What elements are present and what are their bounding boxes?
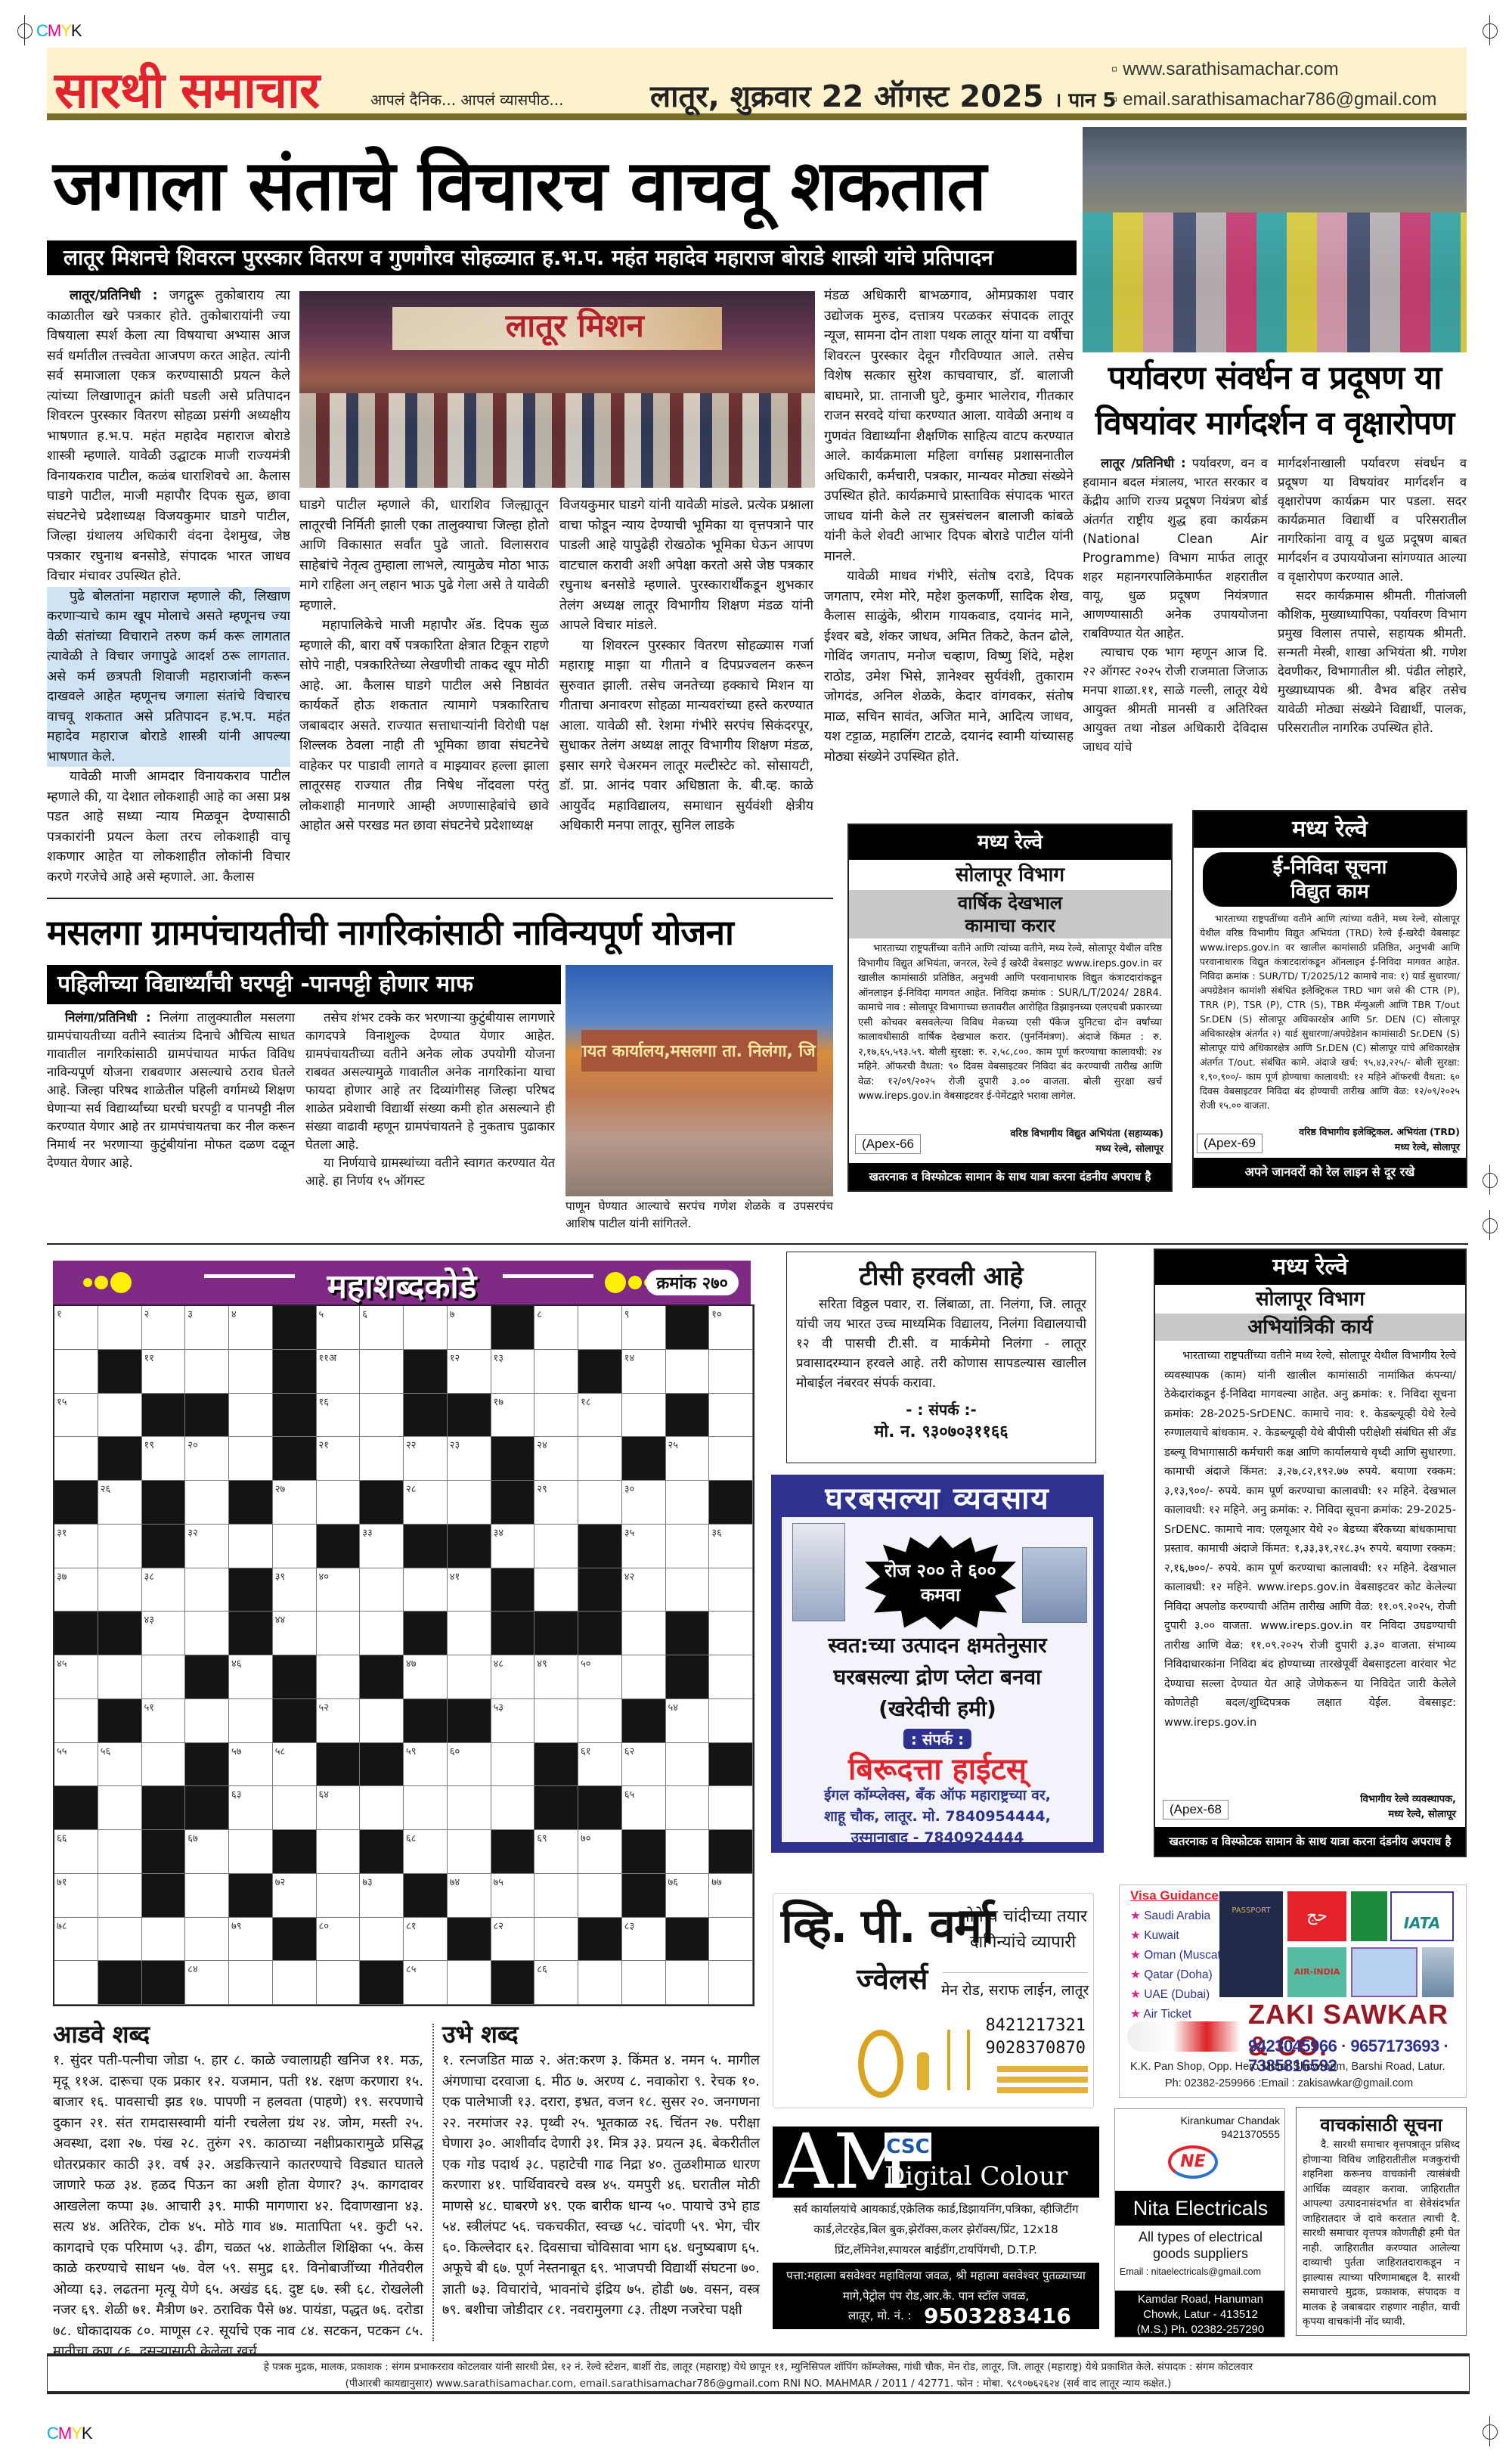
crossword-cell[interactable]: ७१ — [54, 1874, 98, 1918]
crossword-cell[interactable] — [54, 1961, 98, 2005]
crossword-cell[interactable]: ९ — [622, 1306, 666, 1350]
crossword-cell[interactable]: ८५ — [404, 1961, 448, 2005]
jeweller-ad: व्हि. पी. वर्मा ज्वेलर्स सोने व चांदीच्य… — [773, 1893, 1094, 2108]
crossword-cell[interactable] — [98, 1874, 142, 1918]
crossword-block — [229, 1568, 273, 1612]
paragraph: जगद्गुरू तुकोबाराय त्या काळातील खरे पत्र… — [47, 288, 290, 584]
crossword-cell[interactable]: ७७ — [709, 1874, 753, 1918]
crossword-cell[interactable] — [54, 1699, 98, 1743]
signatory: वरिष्ठ विभागीय विद्युत अभियंता (सहाय्यक)… — [1010, 1127, 1163, 1157]
crossword-cell[interactable] — [360, 1786, 404, 1830]
crossword-cell[interactable] — [185, 1699, 229, 1743]
across-heading: आडवे शब्द — [53, 2018, 423, 2050]
crossword-cell[interactable]: ४६ — [229, 1655, 273, 1699]
crossword-cell[interactable]: ८६ — [534, 1961, 578, 2005]
notice-title: वाचकांसाठी सूचना — [1303, 2112, 1460, 2138]
crossword-cell[interactable] — [578, 1481, 622, 1525]
crossword-cell[interactable]: ४५ — [54, 1655, 98, 1699]
crossword-block — [578, 1612, 622, 1655]
earring-image — [917, 2052, 929, 2090]
crossword-cell[interactable] — [229, 1525, 273, 1568]
crossword-cell[interactable]: ७३ — [360, 1874, 404, 1918]
crossword-cell[interactable]: ७ — [448, 1306, 491, 1350]
crossword-cell[interactable]: २५ — [666, 1437, 710, 1481]
clue-number: १३ — [494, 1351, 504, 1364]
ad-org: मध्य रेल्वे — [1194, 811, 1466, 848]
crossword-cell[interactable] — [666, 1568, 710, 1612]
website-link[interactable]: www.sarathisamachar.com — [1111, 54, 1436, 85]
print-imprint-footer: हे पत्रक मुद्रक, मालक, प्रकाशक : संगम प्… — [47, 2353, 1470, 2394]
clue-number: ४५ — [57, 1656, 67, 1670]
clue-number: २९ — [537, 1481, 547, 1495]
crossword-cell[interactable]: २६ — [98, 1481, 142, 1525]
crossword-cell[interactable]: ६८ — [404, 1830, 448, 1874]
crossword-cell[interactable]: १२ — [448, 1350, 491, 1394]
signatory-line: मध्य रेल्वे, सोलापूर — [1360, 1807, 1456, 1823]
crossword-cell[interactable]: ६७ — [185, 1830, 229, 1874]
crossword-cell[interactable]: ५३ — [491, 1699, 535, 1743]
chain-image — [997, 2066, 1088, 2096]
crossword-cell[interactable] — [229, 1437, 273, 1481]
crossword-cell[interactable]: ७६ — [666, 1874, 710, 1918]
crossword-cell[interactable] — [448, 1786, 491, 1830]
crossword-cell[interactable]: ३१ — [54, 1525, 98, 1568]
crossword-cell[interactable]: १ — [54, 1306, 98, 1350]
clue-number: ३४ — [494, 1525, 504, 1539]
bangle-image — [858, 2030, 903, 2098]
business-address: Kamdar Road, HanumanChowk, Latur - 41351… — [1115, 2291, 1285, 2337]
ad-line: (खरेदीची हमी) — [782, 1694, 1093, 1723]
crossword-cell[interactable]: ५५ — [54, 1743, 98, 1787]
clue-number: ५७ — [231, 1744, 242, 1757]
email-link[interactable]: email.sarathisamachar786@gmail.com — [1111, 85, 1436, 115]
clue-number: ६० — [450, 1744, 460, 1757]
env-col-1: लातूर /प्रतिनिधी : पर्यावरण, वन व हवामान… — [1083, 454, 1268, 794]
crossword-cell[interactable]: ७८ — [54, 1918, 98, 1962]
crossword-cell[interactable]: ४२ — [622, 1568, 666, 1612]
masalga-headline: मसलगा ग्रामपंचायतीची नागरिकांसाठी नाविन्… — [47, 907, 733, 957]
paragraph: त्याचाच एक भाग म्हणून आज दि. २२ ऑगस्ट २०… — [1083, 645, 1268, 754]
crossword-cell[interactable]: ७५ — [491, 1874, 535, 1918]
column-divider — [432, 2024, 434, 2341]
crossword-cell[interactable] — [185, 1874, 229, 1918]
notice-title: टीसी हरवली आहे — [796, 1258, 1086, 1295]
crossword-cell[interactable]: ४८ — [491, 1655, 535, 1699]
crossword-cell[interactable]: ५२ — [317, 1699, 361, 1743]
contact-label: - : संपर्क :- — [796, 1399, 1086, 1419]
lead-col-4: मंडळ अधिकारी बाभळगाव, ओमप्रकाश पवार उद्य… — [824, 286, 1074, 808]
crossword-cell[interactable] — [98, 1525, 142, 1568]
apex-ref: (Apex-69 — [1197, 1134, 1263, 1153]
paragraph: या निर्णयाचे ग्रामस्थांच्या वतीने स्वागत… — [305, 1156, 555, 1188]
crossword-cell[interactable] — [142, 1655, 186, 1699]
crossword-cell[interactable] — [185, 1481, 229, 1525]
paragraph: मंडळ अधिकारी बाभळगाव, ओमप्रकाश पवार उद्य… — [824, 288, 1074, 564]
crossword-block — [98, 1612, 142, 1655]
crossword-cell[interactable] — [98, 1918, 142, 1962]
crossword-cell[interactable]: ६५ — [622, 1786, 666, 1830]
crossword-block — [229, 1874, 273, 1918]
crossword-cell[interactable] — [491, 1743, 535, 1787]
ad-title: वार्षिक देखभालकामाचा करार — [849, 890, 1171, 938]
crossword-cell[interactable]: १५ — [54, 1394, 98, 1438]
clue-number: ४८ — [494, 1656, 504, 1670]
crossword-block — [273, 1306, 317, 1350]
section-divider — [47, 898, 833, 899]
crossword-cell[interactable]: ४० — [317, 1568, 361, 1612]
cmyk-color-bar: CMYK — [47, 2424, 92, 2443]
crossword-cell[interactable]: ८१ — [404, 1918, 448, 1962]
crossword-cell[interactable]: ४४ — [273, 1612, 317, 1655]
crossword-cell[interactable] — [185, 1918, 229, 1962]
crossword-cell[interactable] — [578, 1699, 622, 1743]
lead-headline: जगाला संताचे विचारच वाचवू शकतात — [53, 141, 986, 231]
crossword-cell[interactable]: ४ — [229, 1306, 273, 1350]
necklace-image — [947, 2030, 970, 2090]
crossword-cell[interactable]: ७० — [578, 1830, 622, 1874]
crossword-block — [317, 1525, 361, 1568]
down-clues: उभे शब्द १. रत्नजडित माळ २. अंत:करण ३. क… — [442, 2018, 760, 2321]
crossword-cell[interactable] — [360, 1568, 404, 1612]
crossword-cell[interactable] — [448, 1655, 491, 1699]
crossword-cell[interactable]: ११अ — [317, 1350, 361, 1394]
clue-number: ३७ — [57, 1569, 67, 1583]
crossword-cell[interactable] — [578, 1437, 622, 1481]
crossword-cell[interactable] — [54, 1350, 98, 1394]
dateline: लातूर /प्रतिनिधी : — [1101, 456, 1186, 470]
crossword-cell[interactable] — [534, 1568, 578, 1612]
crossword-cell[interactable]: १४ — [622, 1350, 666, 1394]
crossword-cell[interactable] — [622, 1612, 666, 1655]
clue-number: ५० — [581, 1656, 591, 1670]
crossword-cell[interactable]: ३७ — [54, 1568, 98, 1612]
clue-number: २ — [144, 1307, 150, 1320]
crossword-cell[interactable] — [317, 1481, 361, 1525]
clue-number: ७६ — [668, 1875, 679, 1888]
crossword-block — [54, 1612, 98, 1655]
star-icon: ★ — [1130, 1949, 1144, 1962]
crossword-cell[interactable] — [98, 1568, 142, 1612]
crossword-cell[interactable] — [534, 1918, 578, 1962]
ad-title: घरबसल्या व्यवसाय — [771, 1476, 1104, 1518]
crossword-cell[interactable] — [448, 1612, 491, 1655]
crossword-cell[interactable]: ८० — [317, 1918, 361, 1962]
crossword-cell[interactable] — [709, 1918, 753, 1962]
jeweller-phones: 84212173219028370870 — [986, 2015, 1086, 2060]
crossword-block — [448, 1394, 491, 1438]
crossword-cell[interactable] — [709, 1786, 753, 1830]
clue-number: २० — [187, 1438, 198, 1451]
clue-number: ६१ — [581, 1744, 591, 1757]
clue-number: १९ — [144, 1438, 155, 1451]
crossword-cell[interactable]: ४७ — [404, 1655, 448, 1699]
crossword-cell[interactable]: २० — [185, 1437, 229, 1481]
crossword-cell[interactable] — [317, 1655, 361, 1699]
crossword-cell[interactable] — [578, 1874, 622, 1918]
business-name: Nita Electricals — [1115, 2191, 1285, 2226]
address-line: ईगल कॉम्प्लेक्स, बँक ऑफ महाराष्ट्रच्या व… — [782, 1785, 1093, 1806]
crossword-number-badge: क्रमांक २७० — [646, 1270, 739, 1295]
crossword-cell[interactable]: ३९ — [273, 1568, 317, 1612]
clue-number: ५५ — [57, 1744, 67, 1757]
crossword-cell[interactable] — [273, 1525, 317, 1568]
crossword-cell[interactable] — [98, 1306, 142, 1350]
crossword-grid[interactable]: १२३४५६७८९१०११११अ१२१३१४१५१६१७१८१९२०२१२२२३… — [53, 1304, 754, 2006]
crossword-cell[interactable] — [142, 1743, 186, 1787]
crossword-cell[interactable] — [404, 1568, 448, 1612]
crossword-cell[interactable] — [229, 1350, 273, 1394]
crossword-cell[interactable] — [709, 1394, 753, 1438]
clue-number: ७१ — [57, 1875, 67, 1888]
crossword-cell[interactable]: १८ — [578, 1394, 622, 1438]
visa-countries: ★ Saudi Arabia★ Kuwait★ Oman (Muscat)★ Q… — [1130, 1906, 1225, 2024]
crossword-cell[interactable]: ३४ — [491, 1525, 535, 1568]
crossword-cell[interactable]: ५९ — [404, 1743, 448, 1787]
crossword-cell[interactable]: २२ — [404, 1437, 448, 1481]
crossword-cell[interactable] — [142, 1918, 186, 1962]
crossword-cell[interactable]: ३० — [622, 1481, 666, 1525]
crossword-cell[interactable] — [54, 1437, 98, 1481]
crossword-cell[interactable] — [491, 1786, 535, 1830]
crossword-cell[interactable] — [666, 1481, 710, 1525]
crossword-cell[interactable] — [360, 1394, 404, 1438]
page-number: । पान 5 — [1055, 89, 1117, 112]
crossword-block — [666, 1394, 710, 1438]
crossword-block — [98, 1350, 142, 1394]
crossword-cell[interactable] — [534, 1350, 578, 1394]
crossword-cell[interactable]: ३८ — [142, 1568, 186, 1612]
crossword-cell[interactable] — [709, 1699, 753, 1743]
crossword-cell[interactable]: ५० — [578, 1655, 622, 1699]
crossword-cell[interactable] — [534, 1394, 578, 1438]
imprint-line: (पीआरबी कायद्यानुसार) www.sarathisamacha… — [48, 2375, 1469, 2392]
crossword-block — [404, 1394, 448, 1438]
tagline: आपलं दैनिक... आपलं व्यासपीठ... — [370, 89, 564, 110]
clue-number: ३३ — [362, 1525, 373, 1539]
crossword-cell[interactable]: ६४ — [317, 1786, 361, 1830]
crossword-block — [448, 1699, 491, 1743]
crossword-cell[interactable]: ८४ — [185, 1961, 229, 2005]
crossword-cell[interactable] — [666, 1961, 710, 2005]
crossword-cell[interactable]: ७२ — [273, 1874, 317, 1918]
crossword-cell[interactable] — [317, 1874, 361, 1918]
hajj-umrah-tile: حج وعمرہ — [1287, 1891, 1346, 1941]
paragraph: यावेळी माधव गंभीरे, संतोष दराडे, दिपक जग… — [824, 569, 1074, 765]
crossword-block — [185, 1743, 229, 1787]
clue-number: ३६ — [711, 1525, 722, 1539]
visa-country-item: ★ Oman (Muscat) — [1130, 1946, 1225, 1965]
xerox-city: लातूर, मो. नं. : — [848, 2308, 912, 2323]
crossword-cell[interactable]: ६९ — [534, 1830, 578, 1874]
crossword-cell[interactable] — [622, 1961, 666, 2005]
crossword-block — [622, 1874, 666, 1918]
crossword-cell[interactable] — [185, 1350, 229, 1394]
crossword-cell[interactable] — [709, 1655, 753, 1699]
crossword-cell[interactable]: ३५ — [622, 1525, 666, 1568]
crossword-cell[interactable]: ११ — [142, 1350, 186, 1394]
crossword-cell[interactable] — [709, 1612, 753, 1655]
crossword-cell[interactable]: १६ — [317, 1394, 361, 1438]
crossword-cell[interactable]: २४ — [534, 1437, 578, 1481]
business-address: ईगल कॉम्प्लेक्स, बँक ऑफ महाराष्ट्रच्या व… — [782, 1785, 1093, 1853]
crossword-block — [273, 1918, 317, 1962]
crossword-cell[interactable] — [666, 1786, 710, 1830]
newspaper-logo: सारथी समाचार — [54, 54, 319, 123]
crossword-cell[interactable] — [360, 1437, 404, 1481]
clue-number: ८३ — [624, 1919, 635, 1932]
crossword-block — [229, 1612, 273, 1655]
crossword-block — [185, 1786, 229, 1830]
crossword-cell[interactable] — [185, 1568, 229, 1612]
address-line: Kamdar Road, Hanuman — [1115, 2292, 1285, 2307]
crossword-cell[interactable] — [578, 1306, 622, 1350]
crossword-cell[interactable]: २१ — [317, 1437, 361, 1481]
crossword-cell[interactable] — [448, 1830, 491, 1874]
crossword-cell[interactable]: २७ — [273, 1481, 317, 1525]
crossword-cell[interactable] — [229, 1394, 273, 1438]
crossword-cell[interactable] — [448, 1481, 491, 1525]
crossword-block — [709, 1830, 753, 1874]
crossword-cell[interactable] — [98, 1655, 142, 1699]
clue-number: ६७ — [187, 1831, 198, 1844]
home-business-ad: घरबसल्या व्यवसाय रोज २०० ते ६०० कमवा स्व… — [771, 1475, 1104, 1853]
crossword-cell[interactable]: १७ — [491, 1394, 535, 1438]
paragraph: तसेच शंभर टक्के कर भरणाऱ्या कुटुंबीयास ल… — [305, 1010, 555, 1152]
crossword-cell[interactable] — [448, 1961, 491, 2005]
crossword-cell[interactable]: ८ — [534, 1306, 578, 1350]
crossword-cell[interactable] — [709, 1961, 753, 2005]
crossword-cell[interactable]: ५७ — [229, 1743, 273, 1787]
ad-body: भारताच्या राष्ट्रपतींच्या वतीने आणि त्या… — [1194, 911, 1466, 1121]
crossword-block — [142, 1525, 186, 1568]
crossword-cell[interactable] — [709, 1437, 753, 1481]
crossword-cell[interactable]: ४३ — [142, 1612, 186, 1655]
crossword-cell[interactable] — [534, 1699, 578, 1743]
crossword-cell[interactable]: ६ — [360, 1306, 404, 1350]
crossword-cell[interactable]: ४९ — [534, 1655, 578, 1699]
crossword-cell[interactable] — [229, 1699, 273, 1743]
crossword-cell[interactable] — [404, 1306, 448, 1350]
crossword-cell[interactable]: ३ — [185, 1306, 229, 1350]
crossword-cell[interactable]: ५ — [317, 1306, 361, 1350]
crossword-cell[interactable]: ५६ — [98, 1743, 142, 1787]
crossword-block — [404, 1525, 448, 1568]
crossword-block — [578, 1918, 622, 1962]
crossword-cell[interactable]: ६० — [448, 1743, 491, 1787]
crossword-cell[interactable] — [185, 1612, 229, 1655]
crossword-cell[interactable] — [534, 1874, 578, 1918]
crossword-cell[interactable] — [317, 1961, 361, 2005]
crossword-cell[interactable] — [229, 1961, 273, 2005]
crossword-cell[interactable]: ८३ — [622, 1918, 666, 1962]
crossword-cell[interactable] — [317, 1830, 361, 1874]
crossword-cell[interactable] — [404, 1786, 448, 1830]
digital-xerox-ad: AM CSC Digital Colour Xerox सर्व कार्याल… — [773, 2127, 1099, 2329]
crossword-cell[interactable] — [229, 1830, 273, 1874]
crossword-cell[interactable] — [709, 1568, 753, 1612]
crossword-block — [666, 1655, 710, 1699]
crossword-cell[interactable]: ६३ — [229, 1786, 273, 1830]
crossword-cell[interactable]: ३६ — [709, 1525, 753, 1568]
section-divider — [47, 1243, 1468, 1245]
crossword-cell[interactable]: १० — [709, 1306, 753, 1350]
crossword-cell[interactable] — [273, 1786, 317, 1830]
crossword-cell[interactable]: ५४ — [666, 1699, 710, 1743]
crossword-cell[interactable]: ५१ — [142, 1699, 186, 1743]
crossword-cell[interactable] — [273, 1961, 317, 2005]
crossword-cell[interactable]: ३३ — [360, 1525, 404, 1568]
crossword-cell[interactable] — [666, 1830, 710, 1874]
registration-mark-icon — [1480, 1210, 1500, 1240]
crossword-cell[interactable] — [666, 1525, 710, 1568]
crossword-cell[interactable]: १९ — [142, 1437, 186, 1481]
crossword-cell[interactable]: २९ — [534, 1481, 578, 1525]
ad-footer-warning: खतरनाक व विस्फोटक सामान के साथ यात्रा कर… — [1155, 1827, 1465, 1856]
crossword-cell[interactable] — [709, 1350, 753, 1394]
crossword-cell[interactable]: २३ — [448, 1437, 491, 1481]
signatory-line: वरिष्ठ विभागीय विद्युत अभियंता (सहाय्यक) — [1010, 1127, 1163, 1142]
crossword-cell[interactable] — [317, 1612, 361, 1655]
title-line: ई-निविदा सूचना — [1203, 855, 1457, 879]
crossword-cell[interactable] — [534, 1525, 578, 1568]
xerox-address: पत्ता:महात्मा बसवेश्वर महाविलया जवळ, श्र… — [773, 2266, 1099, 2306]
clue-number: ६६ — [57, 1831, 67, 1844]
crossword-cell[interactable]: ६२ — [622, 1743, 666, 1787]
crossword-block — [534, 1743, 578, 1787]
crossword-cell[interactable] — [360, 1699, 404, 1743]
crossword-cell[interactable] — [360, 1350, 404, 1394]
crossword-cell[interactable] — [360, 1612, 404, 1655]
crossword-cell[interactable]: ४१ — [448, 1568, 491, 1612]
crossword-block — [491, 1306, 535, 1350]
crossword-cell[interactable] — [666, 1743, 710, 1787]
address-line: सोलापूर : 7058624444 नांदेड - 9156024444 — [782, 1848, 1093, 1853]
crossword-cell[interactable] — [360, 1918, 404, 1962]
crossword-cell[interactable]: ३२ — [185, 1525, 229, 1568]
clue-number: ५१ — [144, 1700, 155, 1714]
crossword-cell[interactable]: २ — [142, 1306, 186, 1350]
masalga-subheadline: पहिलीच्या विद्यार्थ्यांची घरपट्टी -पानपट… — [47, 965, 561, 1004]
crossword-block — [54, 1481, 98, 1525]
crossword-cell[interactable] — [622, 1655, 666, 1699]
clue-number: ६ — [362, 1307, 367, 1320]
crossword-block — [142, 1874, 186, 1918]
clue-number: ३१ — [57, 1525, 67, 1539]
crossword-cell[interactable] — [98, 1830, 142, 1874]
clue-number: ४३ — [144, 1612, 155, 1626]
crossword-cell[interactable]: २८ — [404, 1481, 448, 1525]
crossword-cell[interactable]: ६१ — [578, 1743, 622, 1787]
business-name: बिरूदत्ता हाईटस् — [782, 1747, 1093, 1788]
crossword-cell[interactable]: ८२ — [491, 1918, 535, 1962]
clue-number: ६३ — [231, 1787, 242, 1801]
crossword-cell[interactable]: ७४ — [448, 1874, 491, 1918]
paragraph: पर्यावरण, वन व हवामान बदल मंत्रालय, भारत… — [1083, 456, 1268, 641]
crossword-cell[interactable] — [666, 1350, 710, 1394]
registration-mark-icon — [15, 15, 35, 45]
crossword-cell[interactable] — [578, 1961, 622, 2005]
crossword-cell[interactable] — [98, 1394, 142, 1438]
paragraph: मार्गदर्शनाखाली पर्यावरण संवर्धन व प्रदू… — [1278, 456, 1467, 584]
crossword-cell[interactable]: ७९ — [229, 1918, 273, 1962]
crossword-cell[interactable] — [622, 1394, 666, 1438]
crossword-cell[interactable]: ६६ — [54, 1830, 98, 1874]
crossword-cell[interactable]: ५८ — [273, 1743, 317, 1787]
crossword-cell[interactable]: १३ — [491, 1350, 535, 1394]
phone: 8421217321 — [986, 2015, 1086, 2037]
across-clues: आडवे शब्द १. सुंदर पती-पत्नीचा जोडा ५. ह… — [53, 2018, 423, 2362]
crossword-cell[interactable] — [98, 1786, 142, 1830]
